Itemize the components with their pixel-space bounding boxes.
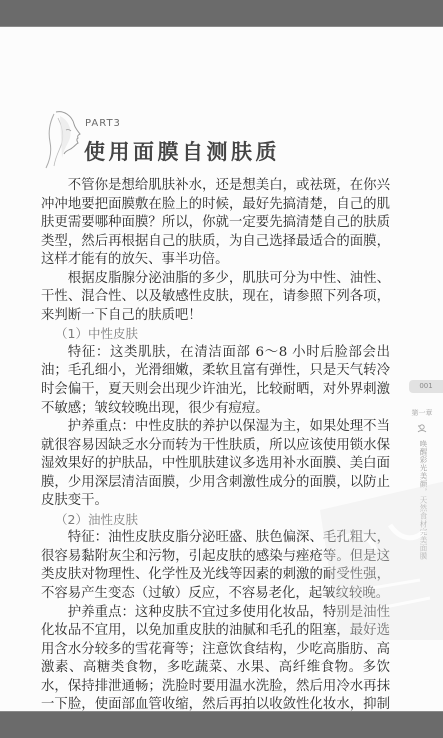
section-paragraph: 护养重点：中性皮肤的养护以保湿为主，如果处理不当就很容易因缺乏水分而转为干性肤质… <box>41 418 390 511</box>
chapter-title: 使用面膜自测肤质 <box>84 136 280 166</box>
intro-paragraph: 根据皮脂腺分泌油脂的多少，肌肤可分为中性、油性、干性、混合性、以及敏感性皮肤，现… <box>41 270 390 326</box>
viewer-top-bar <box>0 0 443 27</box>
body-text: 不管你是想给肌肤补水，还是想美白，或祛斑，在你兴冲冲地要把面膜敷在脸上的时候，最… <box>41 177 390 733</box>
section-paragraph: 特征：油性皮肤皮脂分泌旺盛、肤色偏深、毛孔粗大，很容易黏附灰尘和污物，引起皮肤的… <box>41 529 390 603</box>
section-heading-oily-skin: （2）油性皮肤 <box>41 511 390 530</box>
part-label: PART3 <box>85 118 121 129</box>
page-number-tab: 001 <box>409 380 443 393</box>
intro-paragraph: 不管你是想给肌肤补水，还是想美白，或祛斑，在你兴冲冲地要把面膜敷在脸上的时候，最… <box>41 177 390 270</box>
section-paragraph: 特征：这类肌肤，在清洁面部 6～8 小时后脸部会出油；毛孔细小，光滑细嫩，柔软且… <box>41 344 390 418</box>
chapter-label: 第一章 <box>411 408 433 418</box>
vertical-book-caption: 唤醒彩光美颜，天然食材完美面膜 <box>416 440 428 560</box>
section-heading-neutral-skin: （1）中性皮肤 <box>41 325 390 344</box>
face-profile-icon <box>42 108 86 170</box>
flower-ornament-icon <box>416 422 428 434</box>
viewer-bottom-bar <box>0 711 443 738</box>
